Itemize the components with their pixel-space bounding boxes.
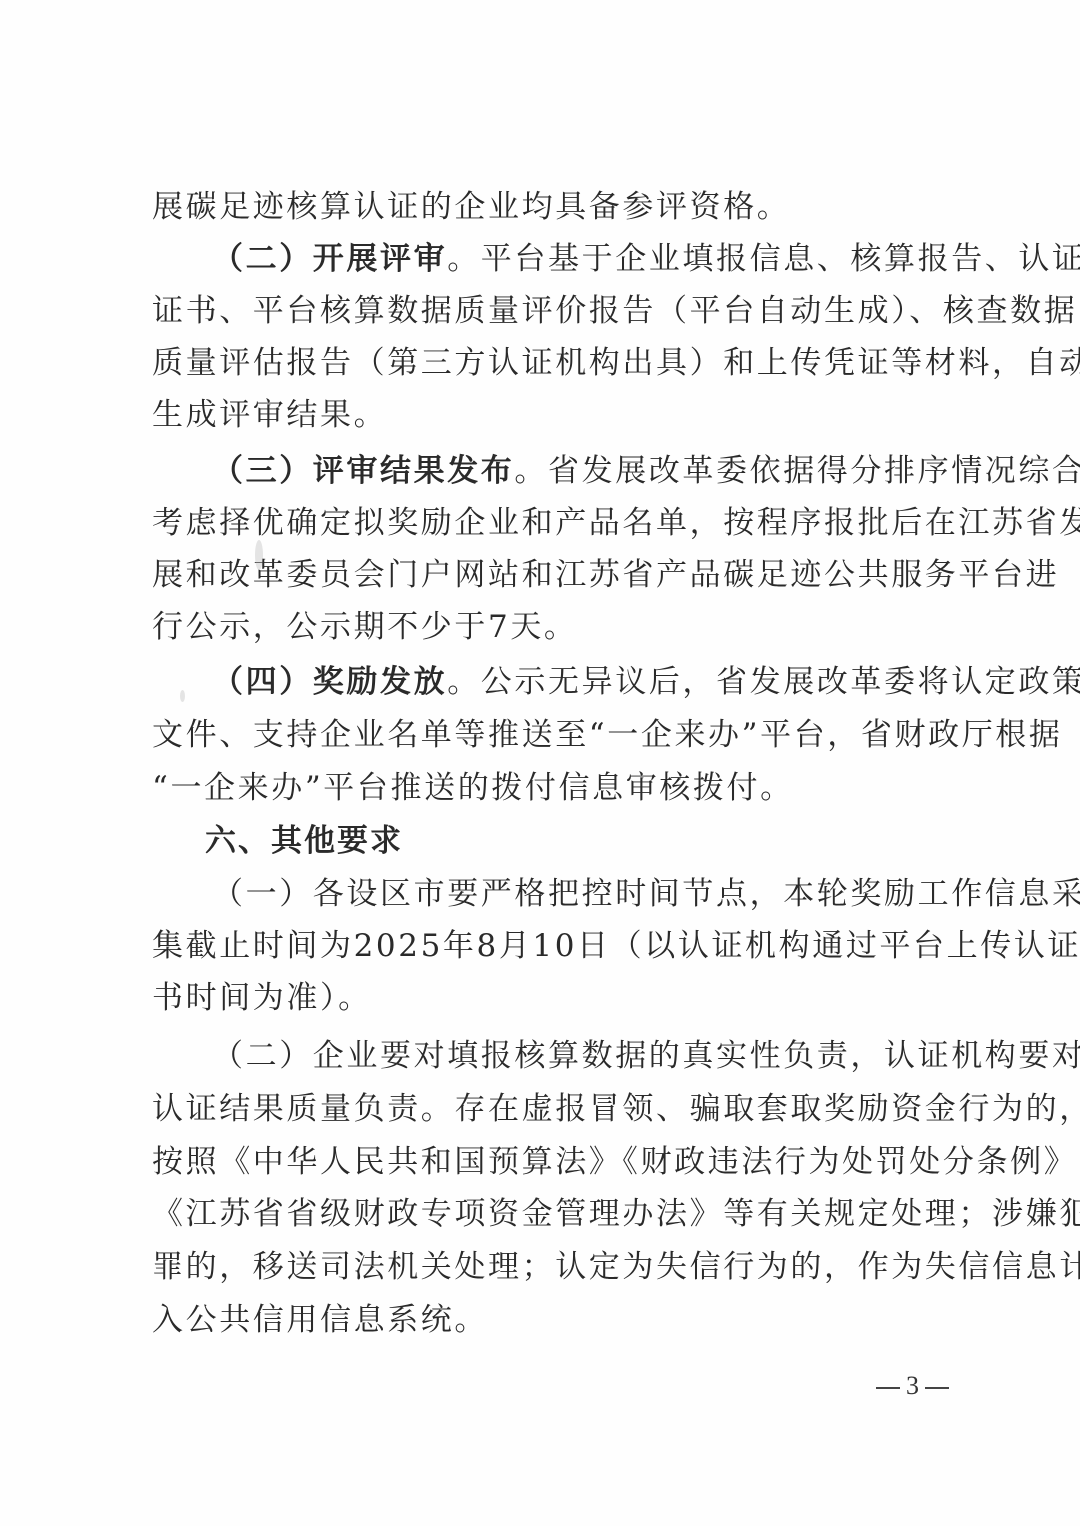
dash-decoration bbox=[876, 1387, 900, 1389]
text-line: 书时间为准）。 bbox=[152, 972, 956, 1024]
line-text: 《江苏省省级财政专项资金管理办法》等有关规定处理；涉嫌犯 bbox=[152, 1196, 1080, 1232]
text-line: 生成评审结果。 bbox=[152, 389, 956, 441]
line-text: 集截止时间为2025年8月10日（以认证机构通过平台上传认证证 bbox=[152, 928, 1080, 964]
text-line: 按照《中华人民共和国预算法》《财政违法行为处罚处分条例》 bbox=[152, 1136, 956, 1188]
paragraph-responsibility: （二）企业要对填报核算数据的真实性负责，认证机构要对 bbox=[152, 1030, 956, 1082]
text-line: 集截止时间为2025年8月10日（以认证机构通过平台上传认证证 bbox=[152, 920, 956, 972]
paragraph-reward-payment: （四）奖励发放。公示无异议后，省发展改革委将认定政策 bbox=[152, 656, 956, 708]
paragraph-results-release: （三）评审结果发布。省发展改革委依据得分排序情况综合 bbox=[152, 445, 956, 497]
line-text: 展碳足迹核算认证的企业均具备参评资格。 bbox=[152, 189, 790, 225]
text-line: 罪的，移送司法机关处理；认定为失信行为的，作为失信信息计 bbox=[152, 1241, 956, 1293]
line-text: 文件、支持企业名单等推送至“一企来办”平台，省财政厅根据 bbox=[152, 717, 1063, 753]
scan-artifact bbox=[255, 540, 263, 570]
line-text: 。公示无异议后，省发展改革委将认定政策 bbox=[447, 664, 1080, 700]
text-line: “一企来办”平台推送的拨付信息审核拨付。 bbox=[152, 762, 956, 814]
line-text: 。省发展改革委依据得分排序情况综合 bbox=[514, 453, 1080, 489]
page-number: 3 bbox=[870, 1368, 955, 1404]
text-line: 文件、支持企业名单等推送至“一企来办”平台，省财政厅根据 bbox=[152, 709, 956, 761]
line-text: 入公共信用信息系统。 bbox=[152, 1302, 488, 1338]
text-line: 考虑择优确定拟奖励企业和产品名单，按程序报批后在江苏省发 bbox=[152, 497, 956, 549]
text-line: 行公示，公示期不少于7天。 bbox=[152, 601, 956, 653]
line-text: 行公示，公示期不少于7天。 bbox=[152, 609, 578, 645]
line-text: 认证结果质量负责。存在虚报冒领、骗取套取奖励资金行为的， bbox=[152, 1091, 1080, 1127]
line-text: 按照《中华人民共和国预算法》《财政违法行为处罚处分条例》 bbox=[152, 1144, 1077, 1180]
scan-artifact bbox=[180, 690, 185, 702]
paragraph-review: （二）开展评审。平台基于企业填报信息、核算报告、认证 bbox=[152, 233, 956, 285]
line-text: 考虑择优确定拟奖励企业和产品名单，按程序报批后在江苏省发 bbox=[152, 505, 1080, 541]
document-page: 展碳足迹核算认证的企业均具备参评资格。 （二）开展评审。平台基于企业填报信息、核… bbox=[0, 0, 1080, 1526]
line-text: 。平台基于企业填报信息、核算报告、认证 bbox=[447, 241, 1080, 277]
line-text: 书时间为准）。 bbox=[152, 980, 372, 1016]
text-line: 入公共信用信息系统。 bbox=[152, 1294, 956, 1346]
subheading-review: （二）开展评审 bbox=[212, 241, 447, 277]
line-text: “一企来办”平台推送的拨付信息审核拨付。 bbox=[152, 770, 794, 806]
dash-decoration bbox=[925, 1387, 949, 1389]
line-text: 质量评估报告（第三方认证机构出具）和上传凭证等材料，自动 bbox=[152, 345, 1080, 381]
line-text: （一）各设区市要严格把控时间节点，本轮奖励工作信息采 bbox=[212, 876, 1080, 912]
line-text: 展和改革委员会门户网站和江苏省产品碳足迹公共服务平台进 bbox=[152, 557, 1059, 593]
section-heading-other-requirements: 六、其他要求 bbox=[205, 815, 403, 867]
text-line: 《江苏省省级财政专项资金管理办法》等有关规定处理；涉嫌犯 bbox=[152, 1188, 956, 1240]
line-text: 罪的，移送司法机关处理；认定为失信行为的，作为失信信息计 bbox=[152, 1249, 1080, 1285]
line-text: （二）企业要对填报核算数据的真实性负责，认证机构要对 bbox=[212, 1038, 1080, 1074]
text-line: 展碳足迹核算认证的企业均具备参评资格。 bbox=[152, 181, 956, 233]
text-line: 质量评估报告（第三方认证机构出具）和上传凭证等材料，自动 bbox=[152, 337, 956, 389]
line-text: 生成评审结果。 bbox=[152, 397, 387, 433]
line-text: 证书、平台核算数据质量评价报告（平台自动生成）、核查数据 bbox=[152, 293, 1077, 329]
text-line: 展和改革委员会门户网站和江苏省产品碳足迹公共服务平台进 bbox=[152, 549, 956, 601]
paragraph-deadline: （一）各设区市要严格把控时间节点，本轮奖励工作信息采 bbox=[152, 868, 956, 920]
page-number-value: 3 bbox=[906, 1371, 919, 1400]
subheading-reward-payment: （四）奖励发放 bbox=[212, 664, 447, 700]
text-line: 证书、平台核算数据质量评价报告（平台自动生成）、核查数据 bbox=[152, 285, 956, 337]
text-line: 认证结果质量负责。存在虚报冒领、骗取套取奖励资金行为的， bbox=[152, 1083, 956, 1135]
subheading-results-release: （三）评审结果发布 bbox=[212, 453, 514, 489]
